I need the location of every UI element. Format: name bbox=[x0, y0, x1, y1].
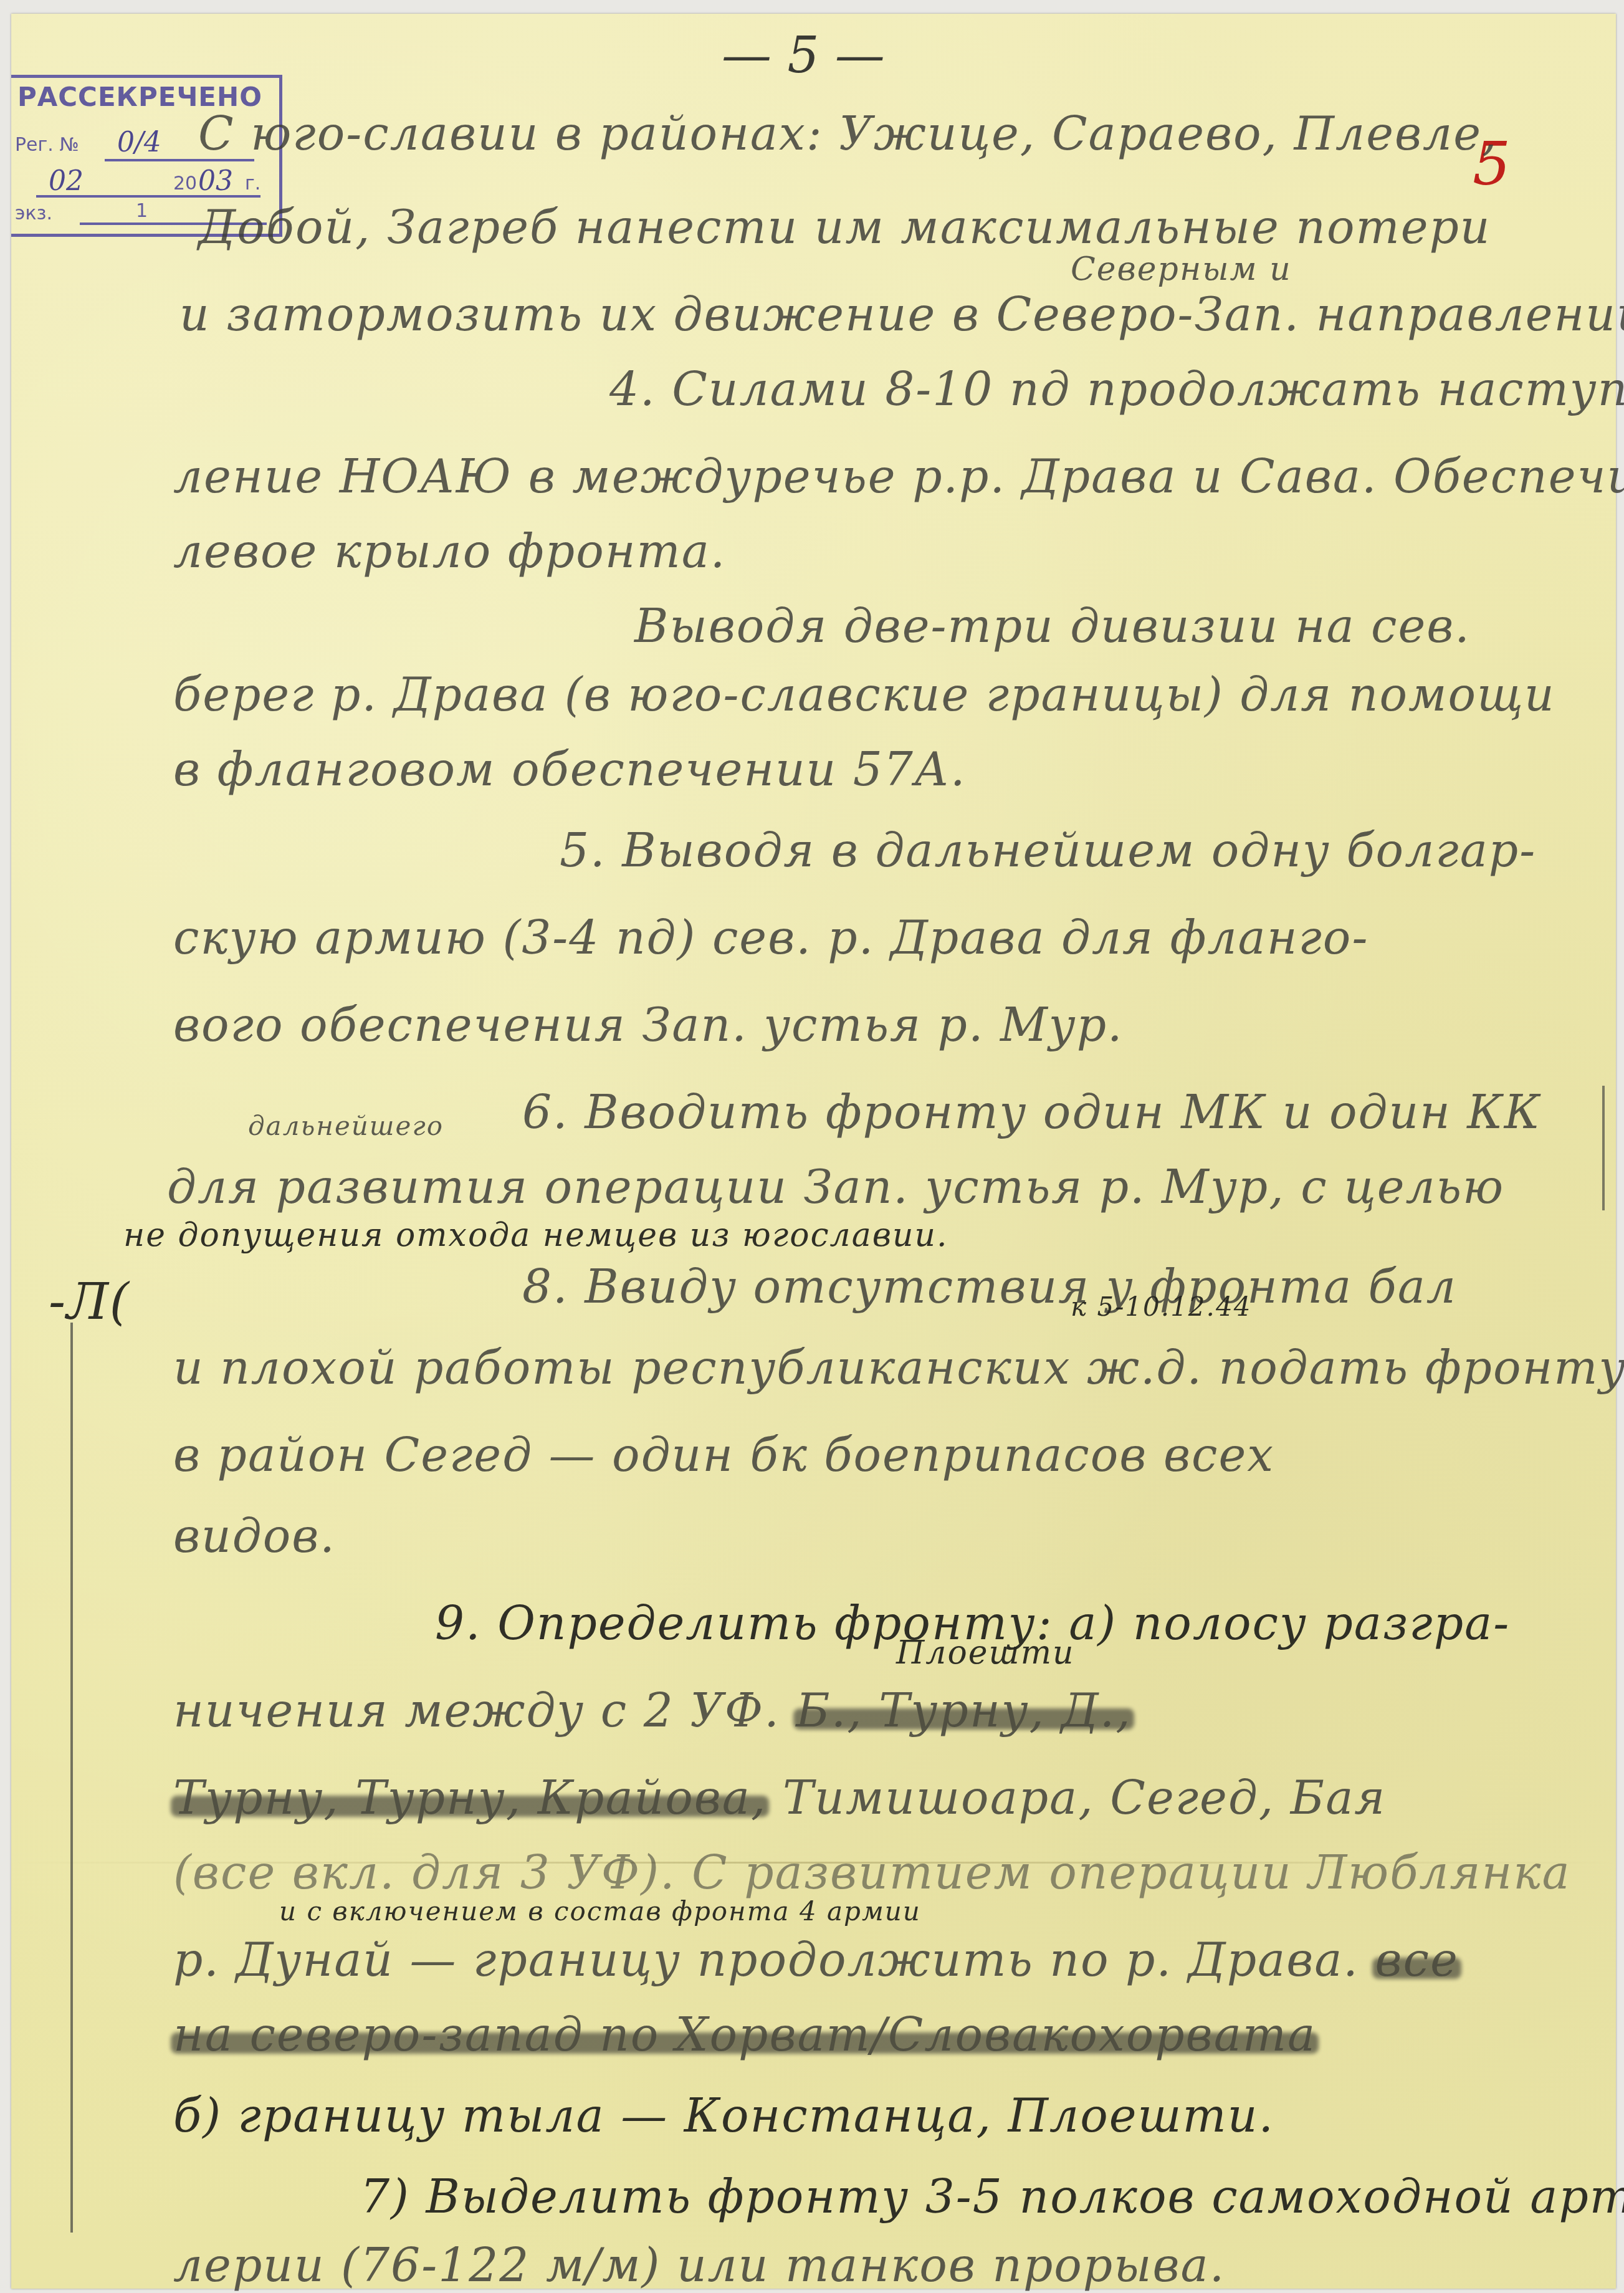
text-fragment: ничения между с 2 УФ. bbox=[173, 1684, 780, 1738]
stamp-year-label: г. bbox=[245, 173, 260, 194]
text-line: ничения между с 2 УФ. Б., Турну, Д., bbox=[173, 1684, 1132, 1738]
text-line: в район Сегед — один бк боеприпасов всех bbox=[173, 1429, 1274, 1482]
text-line: Добой, Загреб нанести им максимальные по… bbox=[198, 201, 1491, 254]
struck-text: на северо-запад по Хорват/Словакохорвата bbox=[173, 2008, 1316, 2062]
struck-text: Б., Турну, Д., bbox=[796, 1684, 1132, 1738]
document-page: — 5 — 5 РАССЕКРЕЧЕНО Рег. № 0/4 02 20 03… bbox=[11, 14, 1616, 2289]
text-line: 5. Выводя в дальнейшем одну болгар- bbox=[560, 824, 1536, 878]
stamp-date-day: 02 bbox=[49, 165, 84, 197]
margin-mark: -Л( bbox=[49, 1273, 130, 1331]
text-line: не допущения отхода немцев из югославии. bbox=[123, 1217, 948, 1254]
page-number: — 5 — bbox=[722, 26, 885, 84]
text-line: ление НОАЮ в междуречье р.р. Драва и Сав… bbox=[173, 450, 1624, 504]
text-line: лерии (76-122 м/м) или танков прорыва. bbox=[173, 2239, 1225, 2292]
text-line: б) границу тыла — Констанца, Плоешти. bbox=[173, 2089, 1274, 2143]
text-line: Выводя две-три дивизии на сев. bbox=[634, 600, 1471, 653]
text-line: 7) Выделить фронту 3-5 полков самоходной… bbox=[360, 2170, 1624, 2224]
struck-text: все bbox=[1375, 1933, 1458, 1987]
stamp-underline bbox=[36, 195, 260, 198]
text-line: для развития операции Зап. устья р. Мур,… bbox=[167, 1161, 1504, 1214]
margin-bracket bbox=[70, 1323, 73, 2233]
text-line: 4. Силами 8-10 пд продолжать наступ- bbox=[609, 363, 1624, 416]
struck-text: Турну, Турну, Крайова, bbox=[173, 1771, 767, 1825]
text-line: левое крыло фронта. bbox=[173, 525, 726, 578]
insert-annotation: и с включением в состав фронта 4 армии bbox=[279, 1896, 921, 1927]
stamp-reg-label: Рег. № bbox=[15, 134, 79, 156]
insert-annotation: Северным и bbox=[1071, 251, 1292, 288]
text-line: 6. Вводить фронту один МК и один КК bbox=[522, 1086, 1541, 1139]
text-line: Турну, Турну, Крайова, Тимишоара, Сегед,… bbox=[173, 1771, 1386, 1825]
text-line: в фланговом обеспечении 57А. bbox=[173, 743, 966, 797]
text-line: и плохой работы республиканских ж.д. под… bbox=[173, 1341, 1624, 1395]
stamp-copies-label: экз. bbox=[15, 203, 52, 224]
text-line: р. Дунай — границу продолжить по р. Драв… bbox=[173, 1933, 1459, 1987]
text-line: берег р. Драва (в юго-славские границы) … bbox=[173, 668, 1555, 722]
text-line: и затормозить их движение в Северо-Зап. … bbox=[179, 288, 1624, 342]
text-line: на северо-запад по Хорват/Словакохорвата bbox=[173, 2008, 1316, 2062]
text-line: видов. bbox=[173, 1510, 336, 1563]
stamp-year-suffix: 03 bbox=[198, 165, 233, 197]
insert-annotation: Плоешти bbox=[896, 1634, 1075, 1672]
text-line: скую армию (3-4 пд) сев. р. Драва для фл… bbox=[173, 911, 1368, 965]
margin-vertical-line bbox=[1602, 1086, 1605, 1210]
stamp-reg-number: 0/4 bbox=[117, 127, 161, 158]
stamp-year-prefix: 20 bbox=[173, 173, 197, 194]
struck-line: (все вкл. для 3 УФ). С развитием операци… bbox=[173, 1846, 1571, 1900]
insert-annotation: дальнейшего bbox=[248, 1111, 444, 1141]
text-line: вого обеспечения Зап. устья р. Мур. bbox=[173, 998, 1124, 1052]
insert-annotation: к 5-10.12.44 bbox=[1071, 1291, 1251, 1322]
text-fragment: Тимишоара, Сегед, Бая bbox=[783, 1771, 1386, 1825]
text-fragment: р. Дунай — границу продолжить по р. Драв… bbox=[173, 1933, 1359, 1987]
text-line: С юго-славии в районах: Ужице, Сараево, … bbox=[198, 107, 1498, 161]
text-line: 8. Ввиду отсутствия у фронта бал bbox=[522, 1260, 1457, 1314]
stamp-copies-value: 1 bbox=[136, 200, 148, 222]
